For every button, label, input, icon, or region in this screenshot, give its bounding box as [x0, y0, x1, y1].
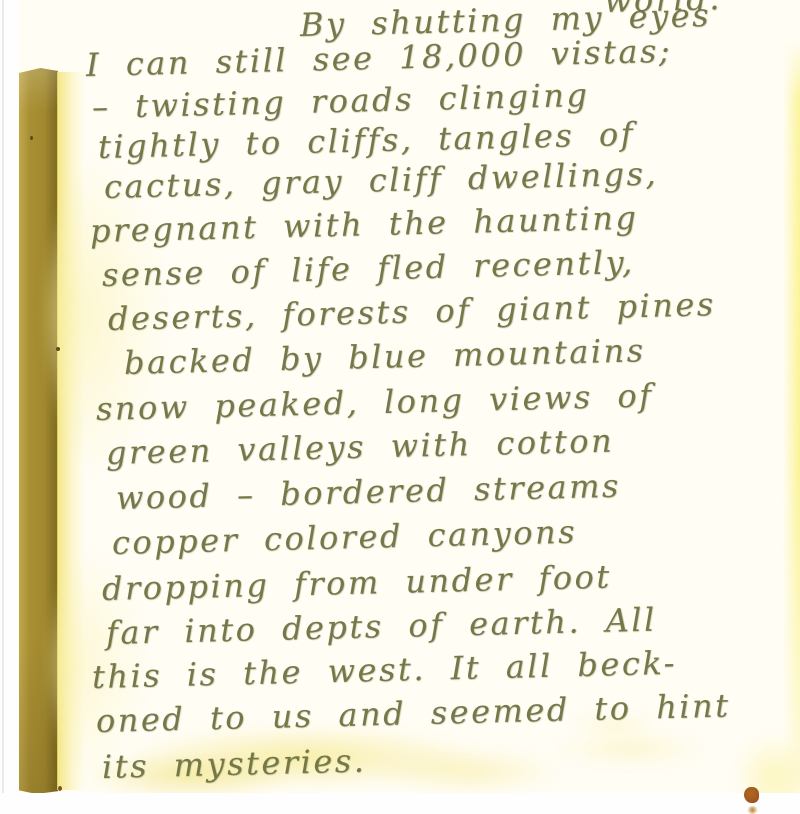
handwriting-line: this is the west. It all beck- — [92, 644, 678, 696]
handwriting-line: deserts, forests of giant pines — [108, 285, 717, 338]
handwriting-line: sense of life fled recently, — [102, 243, 635, 294]
handwriting-line: wood – bordered streams — [116, 467, 622, 517]
handwriting-line: green valleys with cotton — [106, 422, 615, 472]
handwriting-line: pregnant with the haunting — [90, 199, 639, 250]
handwriting-text-layer: world. By shutting my eyesI can still se… — [0, 0, 800, 814]
handwriting-line: far into depts of earth. All — [106, 601, 658, 652]
handwriting-line: snow peaked, long views of — [96, 376, 654, 428]
handwriting-line: oned to us and seemed to hint — [96, 686, 731, 739]
letter-page: world. By shutting my eyesI can still se… — [0, 0, 800, 814]
handwriting-line: its mysteries. — [102, 742, 367, 786]
handwriting-line: dropping from under foot — [102, 558, 613, 608]
handwriting-line: copper colored canyons — [112, 513, 578, 562]
handwriting-line: backed by blue mountains — [124, 331, 646, 382]
